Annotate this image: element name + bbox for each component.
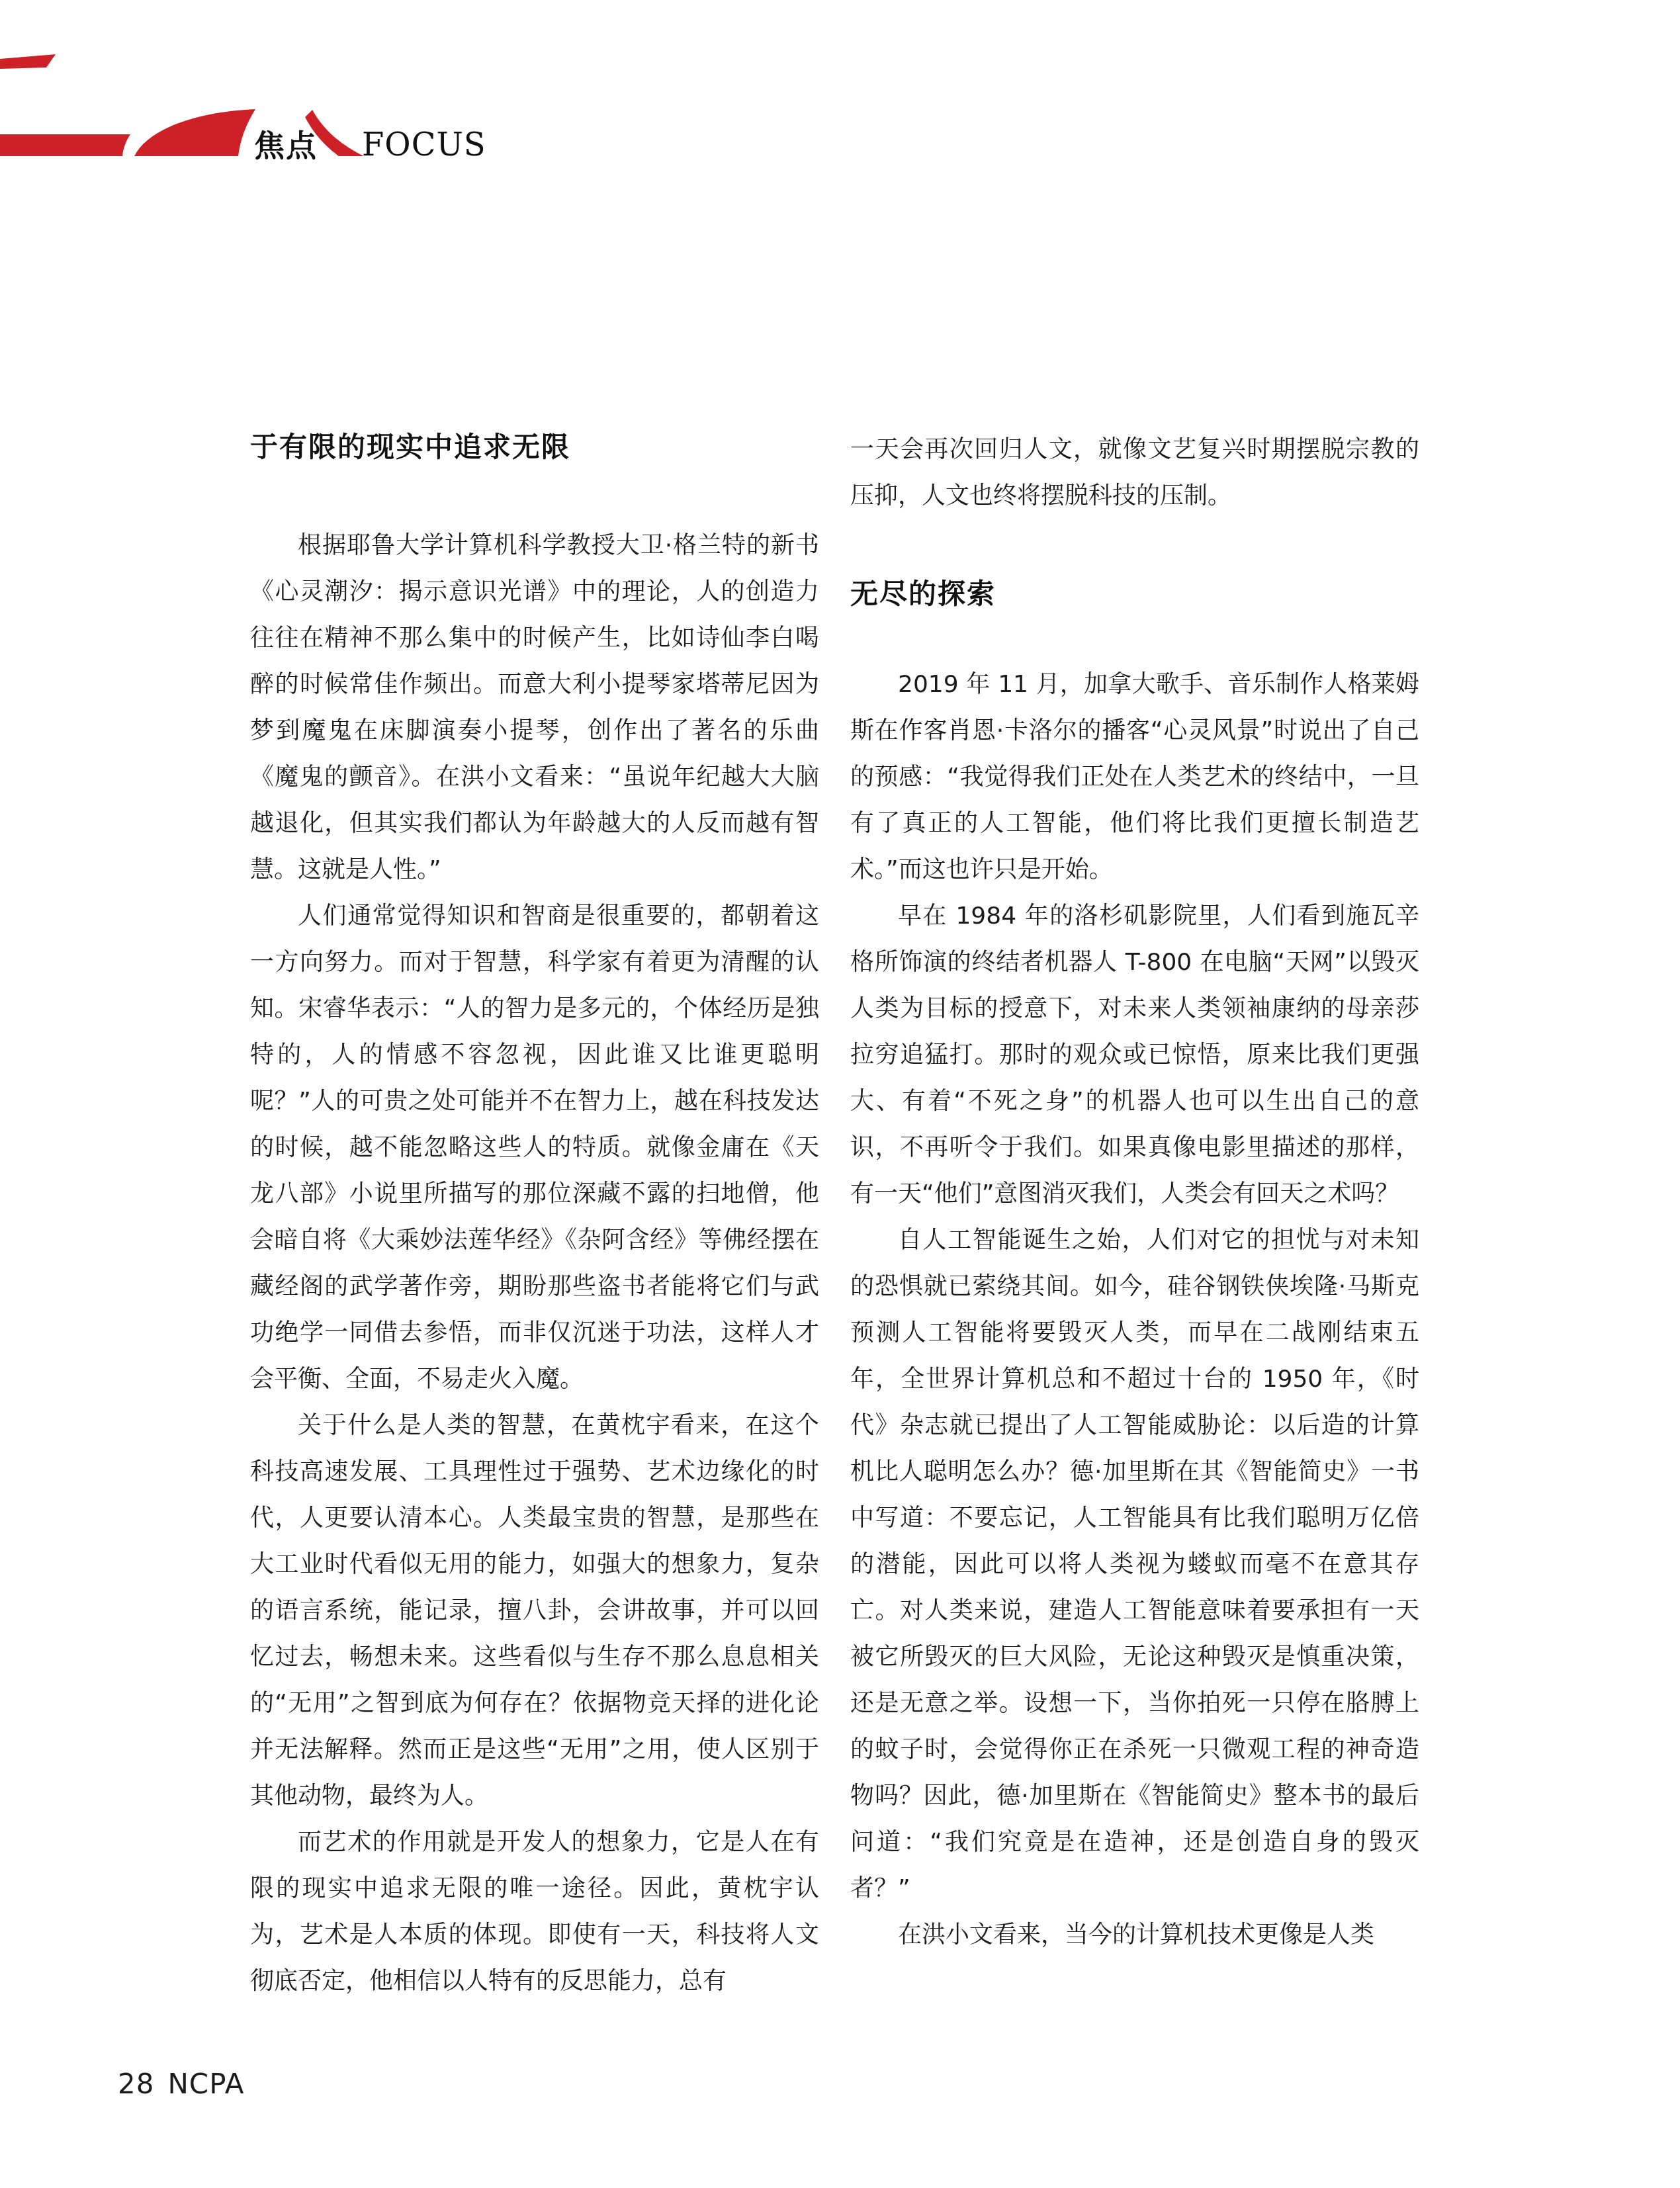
paragraph: 2019 年 11 月，加拿大歌手、音乐制作人格莱姆斯在作客肖恩·卡洛尔的播客“… <box>850 662 1419 893</box>
corner-accent-polygon <box>0 54 56 69</box>
paragraph: 自人工智能诞生之始，人们对它的担忧与对未知的恐惧就已萦绕其间。如今，硅谷钢铁侠埃… <box>850 1217 1419 1912</box>
section-title-en: FOCUS <box>362 128 486 162</box>
section-title-cn: 焦点 <box>254 128 318 163</box>
corner-accent-shape <box>0 54 66 73</box>
page-number: 28 <box>118 2068 154 2100</box>
page-footer: 28NCPA <box>118 2067 245 2101</box>
header-bar-shape <box>0 134 130 156</box>
right-column-continuation: 一天会再次回归人文，就像文艺复兴时期摆脱宗教的压抑，人文也终将摆脱科技的压制。 <box>850 427 1419 519</box>
paragraph: 一天会再次回归人文，就像文艺复兴时期摆脱宗教的压抑，人文也终将摆脱科技的压制。 <box>850 427 1419 519</box>
journal-code: NCPA <box>167 2068 244 2100</box>
left-column-body: 根据耶鲁大学计算机科学教授大卫·格兰特的新书《心灵潮汐：揭示意识光谱》中的理论，… <box>250 523 819 2005</box>
magazine-page: 焦点 FOCUS 于有限的现实中追求无限 根据耶鲁大学计算机科学教授大卫·格兰特… <box>0 0 1680 2188</box>
paragraph: 关于什么是人类的智慧，在黄枕宇看来，在这个科技高速发展、工具理性过于强势、艺术边… <box>250 1403 819 1819</box>
paragraph: 早在 1984 年的洛杉矶影院里，人们看到施瓦辛格所饰演的终结者机器人 T-80… <box>850 893 1419 1217</box>
paragraph: 人们通常觉得知识和智商是很重要的，都朝着这一方向努力。而对于智慧，科学家有着更为… <box>250 893 819 1403</box>
paragraph: 在洪小文看来，当今的计算机技术更像是人类 <box>850 1912 1419 1958</box>
right-column-body: 2019 年 11 月，加拿大歌手、音乐制作人格莱姆斯在作客肖恩·卡洛尔的播客“… <box>850 662 1419 1958</box>
article-subheading-right: 无尽的探索 <box>850 577 996 611</box>
paragraph: 而艺术的作用就是开发人的想象力，它是人在有限的现实中追求无限的唯一途径。因此，黄… <box>250 1819 819 2005</box>
header-sail-shape <box>134 109 255 156</box>
article-subheading-left: 于有限的现实中追求无限 <box>250 430 570 464</box>
paragraph: 根据耶鲁大学计算机科学教授大卫·格兰特的新书《心灵潮汐：揭示意识光谱》中的理论，… <box>250 523 819 893</box>
